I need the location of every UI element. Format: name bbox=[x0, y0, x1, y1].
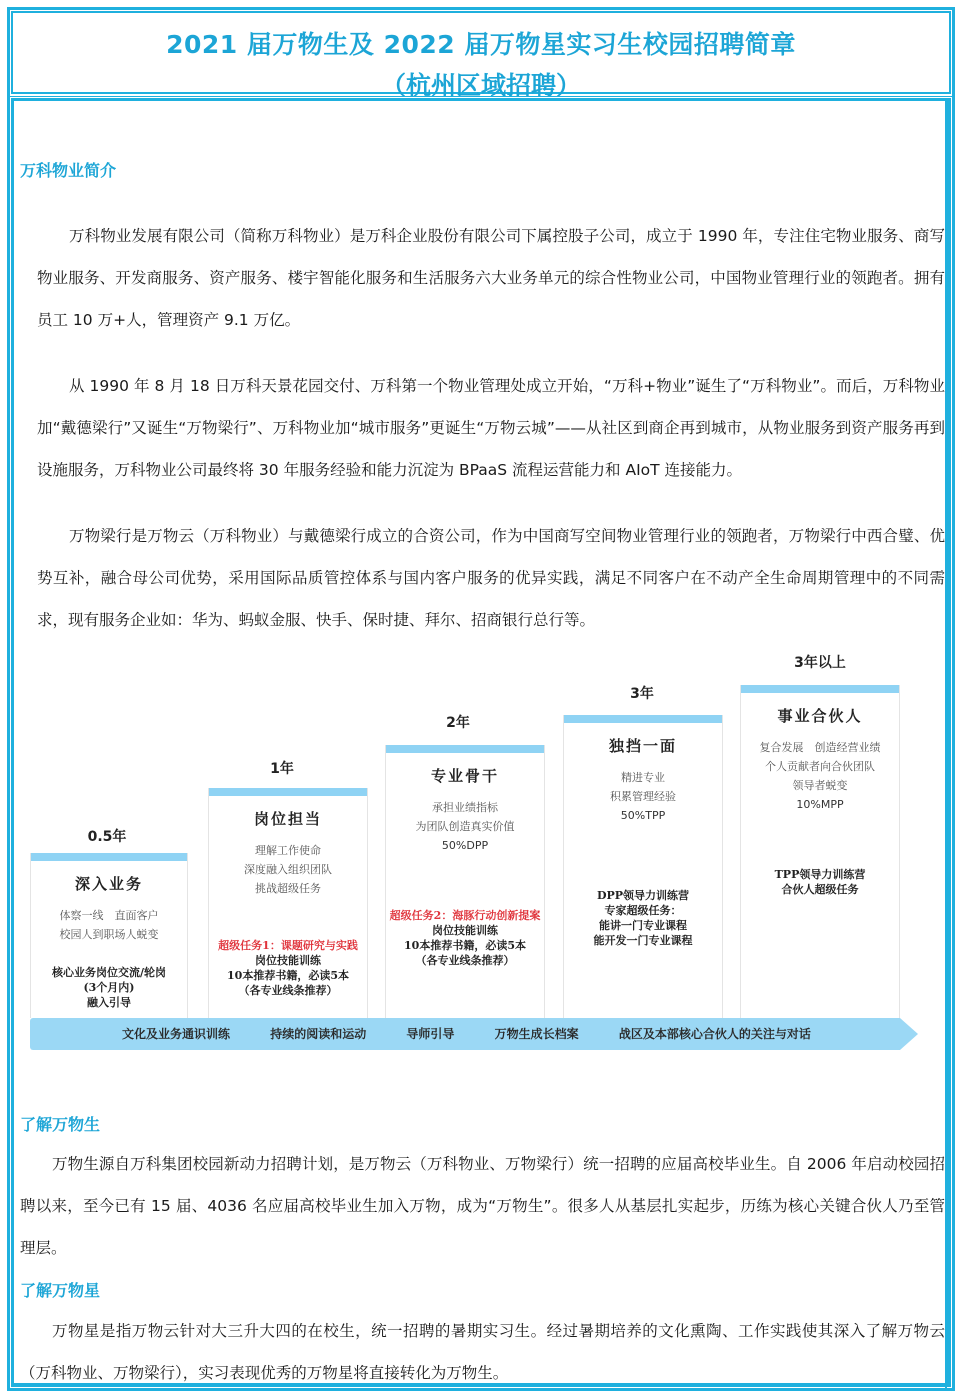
step-task-line: 岗位技能训练 bbox=[386, 923, 544, 938]
page-header: 2021 届万物生及 2022 届万物星实习生校园招聘简章 （杭州区域招聘） bbox=[11, 11, 951, 94]
super-task-label: 超级任务2：海豚行动创新提案 bbox=[382, 908, 548, 923]
ladder-step: 深入业务 体察一线 直面客户 校园人到职场人蜕变 核心业务岗位交流/轮岗 (3个… bbox=[30, 853, 188, 1018]
step-task-line: DPP领导力训练营 bbox=[564, 888, 722, 903]
foundation-items: 文化及业务通识训练 持续的阅读和运动 导师引导 万物生成长档案 战区及本部核心合… bbox=[122, 1025, 833, 1042]
step-desc: 精进专业 积累管理经验 50%TPP bbox=[564, 768, 722, 825]
step-name: 事业合伙人 bbox=[741, 705, 899, 726]
step-year: 1年 bbox=[202, 758, 362, 778]
step-year: 0.5年 bbox=[27, 826, 187, 846]
ladder-step: 岗位担当 理解工作使命 深度融入组织团队 挑战超级任务 超级任务1：课题研究与实… bbox=[208, 788, 368, 1018]
step-tasks: 超级任务2：海豚行动创新提案 岗位技能训练 10本推荐书籍，必读5本 （各专业线… bbox=[386, 908, 544, 968]
step-desc-line: 承担业绩指标 bbox=[386, 798, 544, 817]
step-desc-line: 个人贡献者向合伙团队 bbox=[741, 757, 899, 776]
step-desc: 承担业绩指标 为团队创造真实价值 50%DPP bbox=[386, 798, 544, 855]
foundation-item: 导师引导 bbox=[406, 1027, 454, 1041]
step-name: 专业骨干 bbox=[386, 765, 544, 786]
step-desc-line: 复合发展 创造经营业绩 bbox=[741, 738, 899, 757]
wanwusheng-paragraph: 万物生源自万科集团校园新动力招聘计划，是万物云（万科物业、万物梁行）统一招聘的应… bbox=[20, 1143, 945, 1269]
step-name: 深入业务 bbox=[31, 873, 187, 894]
step-year: 3年 bbox=[562, 683, 722, 703]
step-desc: 复合发展 创造经营业绩 个人贡献者向合伙团队 领导者蜕变 10%MPP bbox=[741, 738, 899, 814]
step-desc-line: 积累管理经验 bbox=[564, 787, 722, 806]
intro-paragraph-1: 万科物业发展有限公司（简称万科物业）是万科企业股份有限公司下属控股子公司，成立于… bbox=[37, 215, 945, 341]
step-bar bbox=[741, 685, 899, 693]
foundation-item: 万物生成长档案 bbox=[495, 1027, 579, 1041]
step-desc-line: 为团队创造真实价值 bbox=[386, 817, 544, 836]
step-task-line: 10本推荐书籍，必读5本 bbox=[386, 938, 544, 953]
ladder-step: 独挡一面 精进专业 积累管理经验 50%TPP DPP领导力训练营 专家超级任务… bbox=[563, 715, 723, 1018]
step-task-line: 融入引导 bbox=[31, 995, 187, 1010]
intro-paragraph-3: 万物梁行是万物云（万科物业）与戴德梁行成立的合资公司，作为中国商写空间物业管理行… bbox=[37, 515, 945, 641]
step-name: 岗位担当 bbox=[209, 808, 367, 829]
section-title-wanwusheng: 了解万物生 bbox=[20, 1112, 100, 1135]
step-pct: 50%TPP bbox=[564, 806, 722, 825]
step-desc-line: 体察一线 直面客户 bbox=[31, 906, 187, 925]
step-tasks: 超级任务1：课题研究与实践 岗位技能训练 10本推荐书籍，必读5本 （各专业线条… bbox=[209, 938, 367, 998]
step-year: 3年以上 bbox=[740, 652, 900, 672]
step-task-line: （各专业线条推荐） bbox=[209, 983, 367, 998]
step-task-line: 合伙人超级任务 bbox=[741, 882, 899, 897]
step-bar bbox=[564, 715, 722, 723]
step-task-line: （各专业线条推荐） bbox=[386, 953, 544, 968]
step-task-line: 岗位技能训练 bbox=[209, 953, 367, 968]
ladder-step: 专业骨干 承担业绩指标 为团队创造真实价值 50%DPP 超级任务2：海豚行动创… bbox=[385, 745, 545, 1018]
wanwuxing-paragraph: 万物星是指万物云针对大三升大四的在校生，统一招聘的暑期实习生。经过暑期培养的文化… bbox=[20, 1310, 945, 1394]
step-task-line: TPP领导力训练营 bbox=[741, 867, 899, 882]
step-pct: 50%DPP bbox=[386, 836, 544, 855]
page-subtitle: （杭州区域招聘） bbox=[13, 72, 949, 100]
step-tasks: 核心业务岗位交流/轮岗 (3个月内) 融入引导 bbox=[31, 965, 187, 1010]
step-task-line: 能讲一门专业课程 bbox=[564, 918, 722, 933]
step-desc: 体察一线 直面客户 校园人到职场人蜕变 bbox=[31, 906, 187, 944]
ladder-step: 事业合伙人 复合发展 创造经营业绩 个人贡献者向合伙团队 领导者蜕变 10%MP… bbox=[740, 685, 900, 1018]
step-pct: 10%MPP bbox=[741, 795, 899, 814]
step-name: 独挡一面 bbox=[564, 735, 722, 756]
section-title-wanwuxing: 了解万物星 bbox=[20, 1278, 100, 1301]
step-task-line: 10本推荐书籍，必读5本 bbox=[209, 968, 367, 983]
step-desc-line: 校园人到职场人蜕变 bbox=[31, 925, 187, 944]
section-title-intro: 万科物业简介 bbox=[20, 158, 116, 181]
step-desc-line: 精进专业 bbox=[564, 768, 722, 787]
step-task-line: (3个月内) bbox=[31, 980, 187, 995]
step-task-line: 能开发一门专业课程 bbox=[564, 933, 722, 948]
foundation-arrow-band: 文化及业务通识训练 持续的阅读和运动 导师引导 万物生成长档案 战区及本部核心合… bbox=[30, 1018, 918, 1050]
super-task-label: 超级任务1：课题研究与实践 bbox=[209, 938, 367, 953]
step-task-line: 专家超级任务： bbox=[564, 903, 722, 918]
intro-paragraph-2: 从 1990 年 8 月 18 日万科天景花园交付、万科第一个物业管理处成立开始… bbox=[37, 365, 945, 491]
foundation-item: 战区及本部核心合伙人的关注与对话 bbox=[619, 1027, 811, 1041]
step-bar bbox=[209, 788, 367, 796]
step-desc-line: 领导者蜕变 bbox=[741, 776, 899, 795]
page-title: 2021 届万物生及 2022 届万物星实习生校园招聘简章 bbox=[13, 31, 949, 59]
step-desc-line: 理解工作使命 bbox=[209, 841, 367, 860]
step-desc: 理解工作使命 深度融入组织团队 挑战超级任务 bbox=[209, 841, 367, 898]
step-desc-line: 深度融入组织团队 bbox=[209, 860, 367, 879]
step-tasks: TPP领导力训练营 合伙人超级任务 bbox=[741, 867, 899, 897]
foundation-item: 持续的阅读和运动 bbox=[270, 1027, 366, 1041]
step-tasks: DPP领导力训练营 专家超级任务： 能讲一门专业课程 能开发一门专业课程 bbox=[564, 888, 722, 948]
step-task-line: 核心业务岗位交流/轮岗 bbox=[31, 965, 187, 980]
step-desc-line: 挑战超级任务 bbox=[209, 879, 367, 898]
step-year: 2年 bbox=[378, 712, 538, 732]
step-bar bbox=[31, 853, 187, 861]
foundation-item: 文化及业务通识训练 bbox=[122, 1027, 230, 1041]
career-ladder-diagram: 0.5年 深入业务 体察一线 直面客户 校园人到职场人蜕变 核心业务岗位交流/轮… bbox=[0, 640, 963, 1070]
step-bar bbox=[386, 745, 544, 753]
